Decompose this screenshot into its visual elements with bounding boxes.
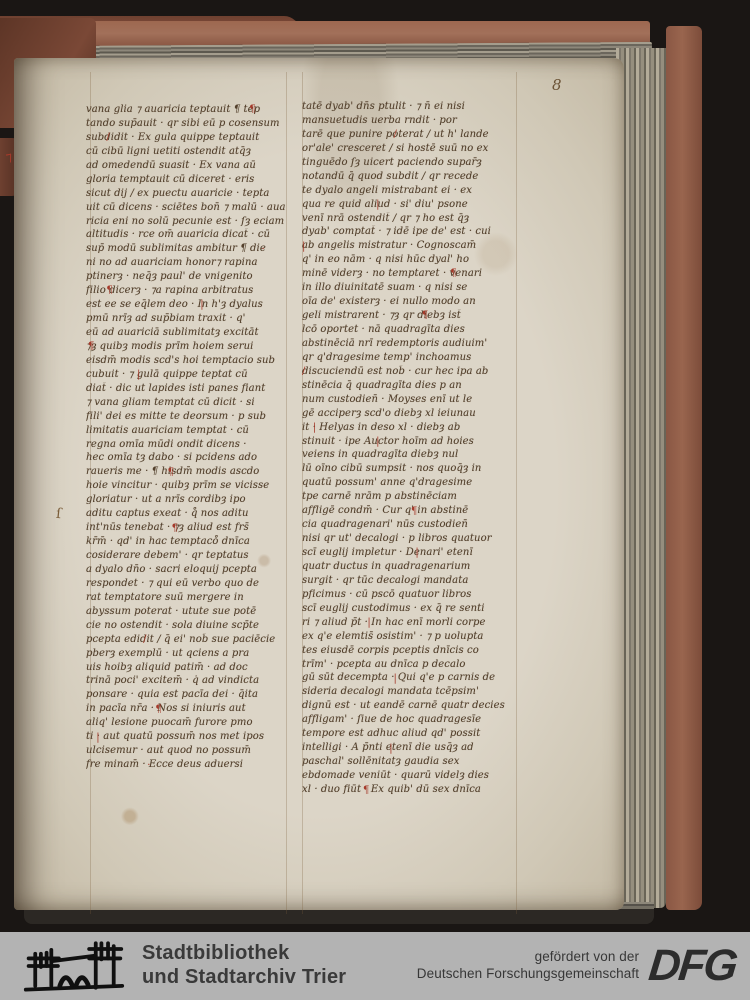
rubrication-mark: / [394,128,397,142]
manuscript-text-line: abyssum poterat · utute sue potē [86,605,290,619]
manuscript-text-line: tando sup̄auit · qr sibi eū p cosensum [86,117,290,131]
rubrication-mark: | [415,546,418,560]
manuscript-text-line: hec omīa tȝ dabo · si pcidens ado [86,451,290,465]
rubrication-mark: · [261,243,264,257]
manuscript-text-line: tarē que punire poterat / ut h' lande [302,128,520,142]
rubrication-mark: ¶ [411,505,417,519]
manuscript-text-line: cū cibū ligni uetiti ostendit atq̄ȝ [86,145,290,159]
footer-banner: Stadtbibliothek und Stadtarchiv Trier ge… [0,932,750,1000]
manuscript-text-line: uis hoibȝ aliquid patim̄ · ad doc [86,661,290,675]
manuscript-text-line: ni no ad auariciam honor⁊ rapina [86,256,290,270]
manuscript-text-line: regna omīa mūdi ondit dicens · [86,438,290,452]
manuscript-text-line: nisi qr ut' decalogi · p libros quatuor [302,532,520,546]
manuscript-text-line: or'ale' cresceret / si hostē suū no ex [302,142,520,156]
manuscript-text-line: est ee se eq̄lem deo · In h'ȝ dyalus [86,298,290,312]
manuscript-text-line: gloria temptauit cū diceret · eris [86,173,290,187]
library-name-line2: und Stadtarchiv Trier [142,966,346,990]
manuscript-text-line: pmū nrīȝ ad sup̄biam traxit · q' [86,312,290,326]
rubrication-mark: ¶ [106,284,112,298]
manuscript-text-line: stinuit · ipe Auctor hoīm ad hoies [302,435,520,449]
manuscript-text-line: scī euglij custodimus · ex q̄ re senti [302,602,520,616]
manuscript-text-line: diat̄ · dic ut lapides isti panes fiant [86,382,290,396]
manuscript-text-line: limitatis auariciam temptat · cū [86,424,290,438]
manuscript-text-line: tpe carnē nrām p abstinēciam [302,490,520,504]
folio-number: 8 [552,76,562,94]
manuscript-text-line: gloriatur · ut a nrīs cordibȝ ipo [86,493,290,507]
manuscript-text-line: gē acciperȝ scd'o diebȝ xl ieiunau [302,407,520,421]
manuscript-text-line: a dyalo dn̄o · sacri eloquij pcepta [86,563,290,577]
manuscript-text-line: ri ⁊ aliud p̄t · In hac enī morli corpe [302,616,520,630]
manuscript-text-line: aditu captus exeat · q̊ nos aditu [86,507,290,521]
funding-credit-line1: gefördert von der [417,949,639,966]
manuscript-text-line: it · Helyas in deso xl · diebȝ ab [302,421,520,435]
manuscript-text-line: rat temptatore suū mergere in [86,591,290,605]
manuscript-text-line: in illo diuinitatē suam · q nisi se [302,281,520,295]
book-board-right-edge [666,26,702,910]
funding-credit: gefördert von der Deutschen Forschungsge… [417,949,639,983]
manuscript-text-line: eisdm̄ modis scd's hoi temptacio sub [86,354,290,368]
manuscript-text-line: vana glia ⁊ auaricia teptauit ¶ tep [86,103,290,117]
manuscript-scan-photo: 8 ⁊ ſ vana glia ⁊ auaricia teptauit ¶ te… [0,0,750,932]
manuscript-text-line: scī euglij impletur · Denari' etenī [302,546,520,560]
manuscript-text-line: cosiderare debem' · qr teptatus [86,549,290,563]
porta-nigra-logo-icon [22,937,126,995]
rubrication-mark: | [313,421,316,435]
rubrication-mark: ¶ [249,103,255,117]
manuscript-text-line: quatr ductus in quadragenarium [302,560,520,574]
manuscript-text-line: in pacīa nr̄a · Nos si iniuris aut [86,702,290,716]
manuscript-text-line: uit cū dicens · sciētes bon̄ ⁊ malū · au… [86,201,290,215]
manuscript-text-line: dyab' comptat̄ · ⁊ idē ipe de' est · cui [302,225,520,239]
manuscript-text-line: ricia eni no solū pecunie est · ſȝ eciam [86,215,290,229]
manuscript-text-line: ponsare · quia est pacīa dei · q̄ita [86,688,290,702]
text-column-2: tatē dyab' dn̄s ptulit · ⁊ n̄ ei nisiman… [302,100,520,797]
marginal-nota-mark: ſ [55,506,62,522]
manuscript-text-line: ab angelis mistratur · Cognoscam̄ [302,239,520,253]
manuscript-text-line: notandū q̄ quod subdit / qr recede [302,170,520,184]
manuscript-text-line: lcō oportet · nā quadragīta dies [302,323,520,337]
funding-credit-line2: Deutschen Forschungsgemeinschaft [417,966,639,983]
rubrication-mark: / [302,365,305,379]
manuscript-text-line: mansuetudis uerba rndit · por [302,114,520,128]
manuscript-text-line: fre minam̄ · Ecce deus aduersi [86,758,290,772]
manuscript-text-line: dignū est · ut eandē carnē quatr decies [302,699,520,713]
manuscript-text-line: ad omedendū suasit · Ex vana aū [86,159,290,173]
rubrication-mark: | [376,198,379,212]
library-name-line1: Stadtbibliothek [142,942,346,966]
manuscript-text-line: raueris me · ¶ hisdm̄ modis ascdo [86,465,290,479]
rubrication-mark: ¶ [168,466,174,480]
manuscript-text-line: sup̄ modū sublimitas ambitur ¶ die [86,242,290,256]
rubrication-mark: | [376,435,379,449]
manuscript-text-line: num custodien̄ · Moyses enī ut le [302,393,520,407]
rubrication-mark: ¶ [172,522,178,536]
manuscript-text-line: lū oīno cibū sumpsit · nos quoq̄ȝ in [302,462,520,476]
rubrication-mark: ¶ [88,340,94,354]
manuscript-text-line: q' in eo nām · q nisi hūc dyal' ho [302,253,520,267]
rubrication-mark: / [143,633,146,647]
manuscript-text-line: tempore est adhuc aliud qd' possit [302,727,520,741]
manuscript-text-line: discuciendū est nob̄ · cur hec ipa ab [302,365,520,379]
manuscript-text-line: venī nrā ostendit̄ / qr ⁊ ho est q̄ȝ [302,212,520,226]
manuscript-text-line: cie no ostendit · sola diuine scp̄te [86,619,290,633]
manuscript-text-line: te dyalo angeli mistrabant ei · ex [302,184,520,198]
manuscript-text-line: intelligi · A p̄nti etenī die usq̄ȝ ad [302,741,520,755]
manuscript-text-line: cubuit · ⁊ gulā quippe teptat cū [86,368,290,382]
manuscript-text-line: ex q'e elemtis̄ osistim' · ⁊ p uolupta [302,630,520,644]
manuscript-text-line: tinguēdo ſȝ uicert paciendo supar̄ȝ [302,156,520,170]
rubrication-mark: | [137,368,140,382]
manuscript-text-line: subdidit · Ex gula quippe teptauit [86,131,290,145]
rubrication-mark: ¶ [363,784,369,798]
manuscript-text-line: eū ad auariciā sublimitatȝ excitāt [86,326,290,340]
manuscript-text-line: ptinerȝ · neq̄ȝ paul' de vnigenito [86,270,290,284]
manuscript-text-line: aliq' lesione puocam̄ furore pmo [86,716,290,730]
rubrication-mark: ¶ [155,703,161,717]
manuscript-text-line: gū sūt decempta · Qui q'e p carnis de [302,671,520,685]
rubrication-mark: | [367,616,370,630]
manuscript-text-line: qr q'dragesime temp' inchoamus [302,351,520,365]
rubrication-mark: ¶ [450,267,456,281]
rubrication-mark: | [302,240,305,254]
manuscript-text-line: kr̄m̄ · qd' in hac temptaco̊ dnīca [86,535,290,549]
manuscript-text-line: qua re quid aliud · si' diu' psone [302,198,520,212]
manuscript-text-line: ti · aut quatū possum̄ nos met ipos [86,730,290,744]
manuscript-text-line: affligam' · ſiue de hoc quadragesīe [302,713,520,727]
manuscript-text-line: altitudis · rce om̄ auaricia dicat̄ · cū [86,228,290,242]
manuscript-text-line: ⁊ vana gliam temptat cū dicit · si [86,396,290,410]
manuscript-text-line: veiens in quadragīta diebȝ nul [302,448,520,462]
manuscript-text-line: fili' dei es mitte te deorsum · p sub [86,410,290,424]
rubrication-mark: | [200,298,203,312]
manuscript-text-line: abstinēciā nrī redemptoris audiuim' [302,337,520,351]
manuscript-text-line: trīm' · pcepta au dnīca p decalo [302,658,520,672]
manuscript-text-line: cia quadragenari' nūs custodien̄ [302,518,520,532]
manuscript-text-line: ebdomade veniūt · quarū videlȝ dies [302,769,520,783]
text-column-1: vana glia ⁊ auaricia teptauit ¶ teptando… [86,103,290,772]
manuscript-text-line: ulcisemur · aut quod no possum̄ [86,744,290,758]
manuscript-text-line: tes eiusdē corpis pceptis dnīcis co [302,644,520,658]
manuscript-text-line: stinēcia q̄ quadragīta dies p an [302,379,520,393]
manuscript-text-line: sideria decalogi mandata tcēpsim' [302,685,520,699]
manuscript-text-line: oīa de' existerȝ · ei nullo modo an [302,295,520,309]
rubrication-mark: / [106,131,109,145]
manuscript-text-line: int'nūs tenebat · ⁊ȝ aliud est frs̄ [86,521,290,535]
manuscript-text-line: ⁊ȝ quibȝ modis prīm hoiem serui [86,340,290,354]
manuscript-text-line: xl · duo fiūt · Ex quib' dū sex dnīca [302,783,520,797]
manuscript-text-line: geli mistrarent · ⁊ȝ qr diebȝ ist̄ [302,309,520,323]
manuscript-text-line: pficimus · cū pscō quatuor libros [302,588,520,602]
manuscript-text-line: quatū possum' anne q'dragesime [302,476,520,490]
manuscript-text-line: minē viderȝ · no temptaret · venari [302,267,520,281]
manuscript-text-line: pcepta edidit / q̄ ei' nob̄ sue paciēcie [86,633,290,647]
manuscript-text-line: trinā poci' excitem̄ · q̇ ad vindicta [86,674,290,688]
manuscript-text-line: tatē dyab' dn̄s ptulit · ⁊ n̄ ei nisi [302,100,520,114]
manuscript-text-line: paschal' sollēnitatȝ gaudia sex [302,755,520,769]
rubrication-mark: ¶ [422,309,428,323]
manuscript-text-line: filio dicerȝ · ⁊a rapina arbitratus [86,284,290,298]
rubrication-mark: | [394,672,397,686]
manuscript-text-line: respondet · ⁊ qui eū verbo quo de [86,577,290,591]
manuscript-text-line: sicut dij / ex puectu auaricie · tepta [86,187,290,201]
manuscript-text-line: hoie vincitur · quibȝ prīm se vicisse [86,479,290,493]
manuscript-text-line: pberȝ exemplū · ut qciens a pra [86,647,290,661]
manuscript-text-line: surgit · qr tūc decalogi mandata [302,574,520,588]
dfg-logo: DFG [647,944,739,988]
rubrication-mark: | [96,731,99,745]
parchment-page: 8 ⁊ ſ vana glia ⁊ auaricia teptauit ¶ te… [14,58,624,910]
library-name: Stadtbibliothek und Stadtarchiv Trier [142,942,346,989]
rubrication-mark: · [147,759,150,773]
rubrication-mark: | [389,742,392,756]
